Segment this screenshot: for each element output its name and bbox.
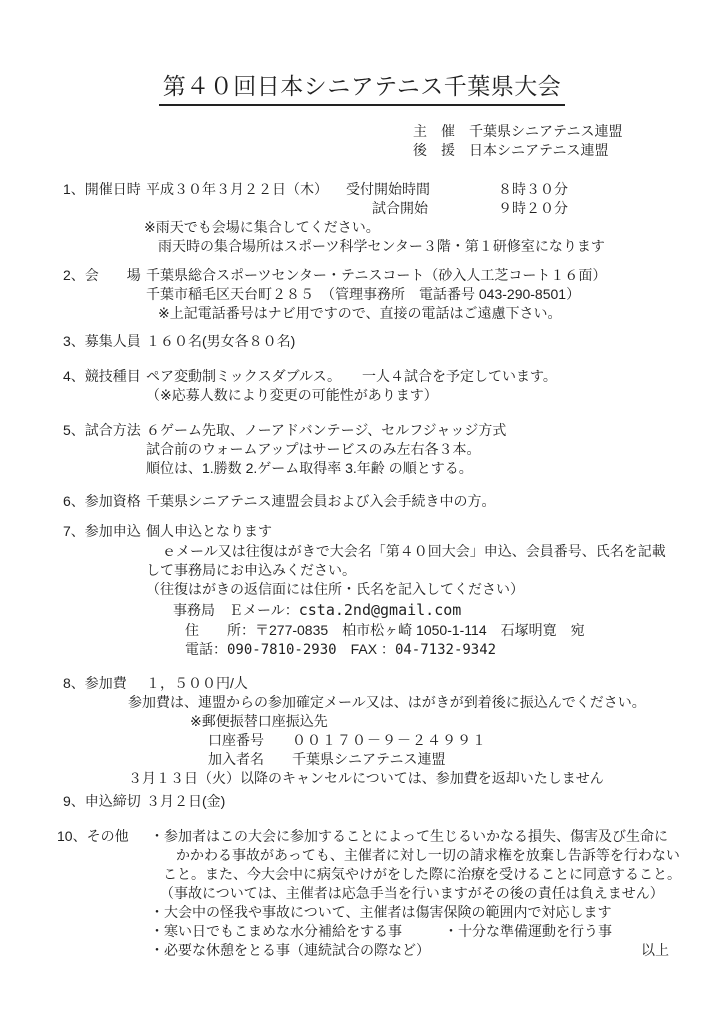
section-9-label: 9、申込締切 bbox=[63, 792, 141, 811]
s7-office-row: 事務局 Ｅメール：csta.2nd@gmail.com bbox=[173, 601, 461, 620]
tel-number: 090-7810-2930 bbox=[227, 642, 337, 658]
s10-note-1: ・参加者はこの大会に参加することによって生じるいかなる損失、傷害及び生命に bbox=[150, 827, 668, 846]
s10-note-5: ・大会中の怪我や事故について、主催者は傷害保険の範囲内で対応します bbox=[150, 903, 611, 922]
addr-gap bbox=[199, 622, 227, 638]
addr-label-2: 所： bbox=[227, 622, 255, 638]
office-gap bbox=[215, 602, 229, 618]
s10-note-6: ・寒い日でもこまめな水分補給をする事 ・十分な準備運動を行う事 bbox=[150, 922, 612, 941]
s8-payment-note: 参加費は、連盟からの参加確定メール又は、はがきが到着後に振込んでください。 bbox=[128, 693, 646, 712]
closing-mark: 以上 bbox=[641, 941, 669, 960]
s1-rain-note-1: ※雨天でも会場に集合してください。 bbox=[144, 218, 380, 237]
fax-number: 04-7132-9342 bbox=[395, 642, 496, 658]
section-8-label: 8、参加費 bbox=[63, 674, 127, 693]
s4-event-note: （※応募人数により変更の可能性があります） bbox=[146, 386, 438, 405]
section-2-label: 2、会 場 bbox=[63, 266, 141, 285]
s7-tel-row: 電話：090-7810-2930 FAX ：04-7132-9342 bbox=[185, 640, 496, 660]
s5-rule-3: 順位は、1.勝数 2.ゲーム取得率 3.年齢 の順とする。 bbox=[146, 459, 473, 478]
s6-eligibility: 千葉県シニアテニス連盟会員および入会手続き中の方。 bbox=[146, 492, 495, 511]
organizer-support-line: 後 援 日本シニアテニス連盟 bbox=[413, 141, 608, 160]
s2-address: 千葉市稲毛区天台町２８５ （管理事務所 電話番号 043-290-8501） bbox=[146, 285, 580, 304]
page-title-text: 第４０回日本シニアテニス千葉県大会 bbox=[159, 68, 566, 106]
s10-note-3: こと。また、今大会中に病気やけがをした際に治療を受けることに同意すること。 bbox=[163, 865, 681, 884]
addr-value: 〒277-0835 柏市松ヶ崎 1050-1-114 石塚明寛 宛 bbox=[255, 622, 585, 638]
s2-phone-note: ※上記電話番号はナビ用ですので、直接の電話はご遠慮下さい。 bbox=[158, 304, 561, 323]
s2-venue: 千葉県総合スポーツセンター・テニスコート（砂入人工芝コート１６面） bbox=[146, 266, 606, 285]
s1-match-start-time: ９時２０分 bbox=[498, 199, 568, 218]
email-label: Ｅメール： bbox=[229, 602, 299, 618]
s1-date: 平成３０年３月２２日（木） bbox=[146, 180, 328, 199]
section-1-label: 1、開催日時 bbox=[63, 180, 141, 199]
fax-label: FAX ： bbox=[337, 641, 395, 657]
s1-match-start-label: 試合開始 bbox=[372, 199, 428, 218]
s8-account-name: 千葉県シニアテニス連盟 bbox=[292, 750, 445, 769]
s8-account-number-label: 口座番号 bbox=[208, 731, 264, 750]
s8-account-number: ００１７０－９－２４９９１ bbox=[292, 731, 487, 750]
addr-label-1: 住 bbox=[185, 622, 199, 638]
section-7-label: 7、参加申込 bbox=[63, 522, 141, 541]
section-4-label: 4、競技種目 bbox=[63, 367, 141, 386]
s1-reception-time: ８時３０分 bbox=[498, 180, 568, 199]
s7-line-2: ｅメール又は往復はがきで大会名「第４０回大会」申込、会員番号、氏名を記載 bbox=[162, 542, 666, 561]
section-6-label: 6、参加資格 bbox=[63, 492, 141, 511]
page-title: 第４０回日本シニアテニス千葉県大会 bbox=[0, 68, 724, 106]
section-3-label: 3、募集人員 bbox=[63, 332, 141, 351]
s8-cancel-note: ３月１３日（火）以降のキャンセルについては、参加費を返却いたしません bbox=[128, 769, 604, 788]
s7-line-1: 個人申込となります bbox=[146, 522, 272, 541]
s8-account-name-label: 加入者名 bbox=[208, 750, 264, 769]
s9-deadline: ３月２日(金) bbox=[146, 792, 225, 811]
s5-rule-2: 試合前のウォームアップはサービスのみ左右各３本。 bbox=[146, 440, 480, 459]
s10-note-2: かかわる事故があっても、主催者に対し一切の請求権を放棄し告訴等を行わない bbox=[176, 846, 680, 865]
s3-capacity: １６０名(男女各８０名) bbox=[146, 332, 295, 351]
s10-note-7: ・必要な休憩をとる事（連続試合の際など） bbox=[150, 941, 430, 960]
section-5-label: 5、試合方法 bbox=[63, 421, 141, 440]
s7-address-row: 住 所：〒277-0835 柏市松ヶ崎 1050-1-114 石塚明寛 宛 bbox=[185, 621, 585, 640]
office-name: 事務局 bbox=[173, 602, 215, 618]
section-10-label: 10、その他 bbox=[57, 827, 129, 846]
s4-event: ペア変動制ミックスダブルス。 一人４試合を予定しています。 bbox=[146, 367, 557, 386]
s8-fee: １，５００円/人 bbox=[146, 674, 248, 693]
email-address: csta.2nd@gmail.com bbox=[299, 601, 462, 619]
organizer-host-line: 主 催 千葉県シニアテニス連盟 bbox=[413, 122, 622, 141]
s8-transfer-heading: ※郵便振替口座振込先 bbox=[190, 712, 328, 731]
s1-reception-label: 受付開始時間 bbox=[346, 180, 430, 199]
s1-rain-note-2: 雨天時の集合場所はスポーツ科学センター３階・第１研修室になります bbox=[158, 237, 605, 256]
s5-rule-1: ６ゲーム先取、ノーアドバンテージ、セルフジャッジ方式 bbox=[146, 421, 506, 440]
s7-line-3: して事務局にお申込みください。 bbox=[146, 561, 356, 580]
s7-line-4: （往復はがきの返信面には住所・氏名を記入してください） bbox=[146, 580, 524, 599]
tel-label: 電話： bbox=[185, 641, 227, 657]
s10-note-4: （事故については、主催者は応急手当を行いますがその後の責任は負えません） bbox=[160, 884, 664, 903]
document-page: 第４０回日本シニアテニス千葉県大会 主 催 千葉県シニアテニス連盟 後 援 日本… bbox=[0, 0, 724, 1024]
